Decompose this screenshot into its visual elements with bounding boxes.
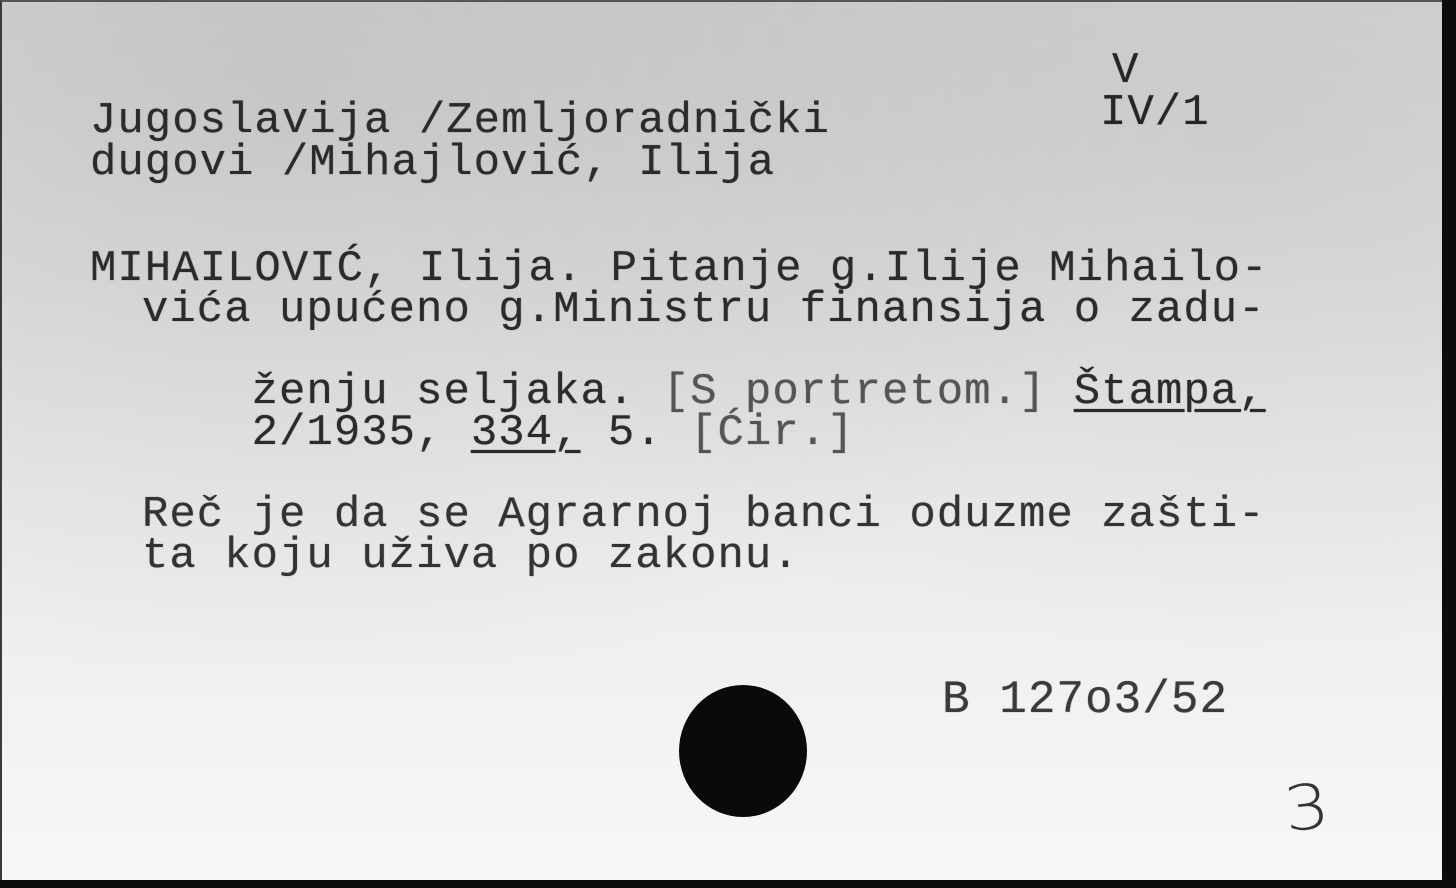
script-note: [Ćir.] — [690, 408, 854, 458]
subject-heading-line-1: Jugoslavija /Zemljoradnički — [90, 100, 830, 142]
catalog-card: Jugoslavija /Zemljoradnički dugovi /Miha… — [0, 0, 1442, 880]
source-title: Štampa, — [1074, 367, 1266, 417]
subject-heading-line-2: dugovi /Mihajlović, Ilija — [90, 142, 775, 184]
shelf-mark-line-2: IV/1 — [1100, 92, 1210, 134]
entry-line-1: MIHAILOVIĆ, Ilija. Pitanje g.Ilije Mihai… — [90, 249, 1268, 290]
note-line-1: Reč je da se Agrarnoj banci oduzme zašti… — [142, 495, 1266, 536]
handwritten-mark: 3 — [1281, 775, 1333, 841]
punch-hole-icon — [679, 685, 807, 817]
page-number: 5. — [580, 408, 690, 458]
entry-line-2: vića upućeno g.Ministru finansija o zadu… — [142, 290, 1266, 331]
shelf-mark-line-1: V — [1112, 50, 1139, 92]
entry-line-4: 2/1935, 334, 5. [Ćir.] — [142, 372, 855, 495]
call-number: B 127o3/52 — [942, 677, 1228, 723]
entry-date: 2/1935, — [252, 408, 471, 458]
issue-number: 334, — [471, 408, 581, 458]
note-line-2: ta koju uživa po zakonu. — [142, 536, 800, 577]
